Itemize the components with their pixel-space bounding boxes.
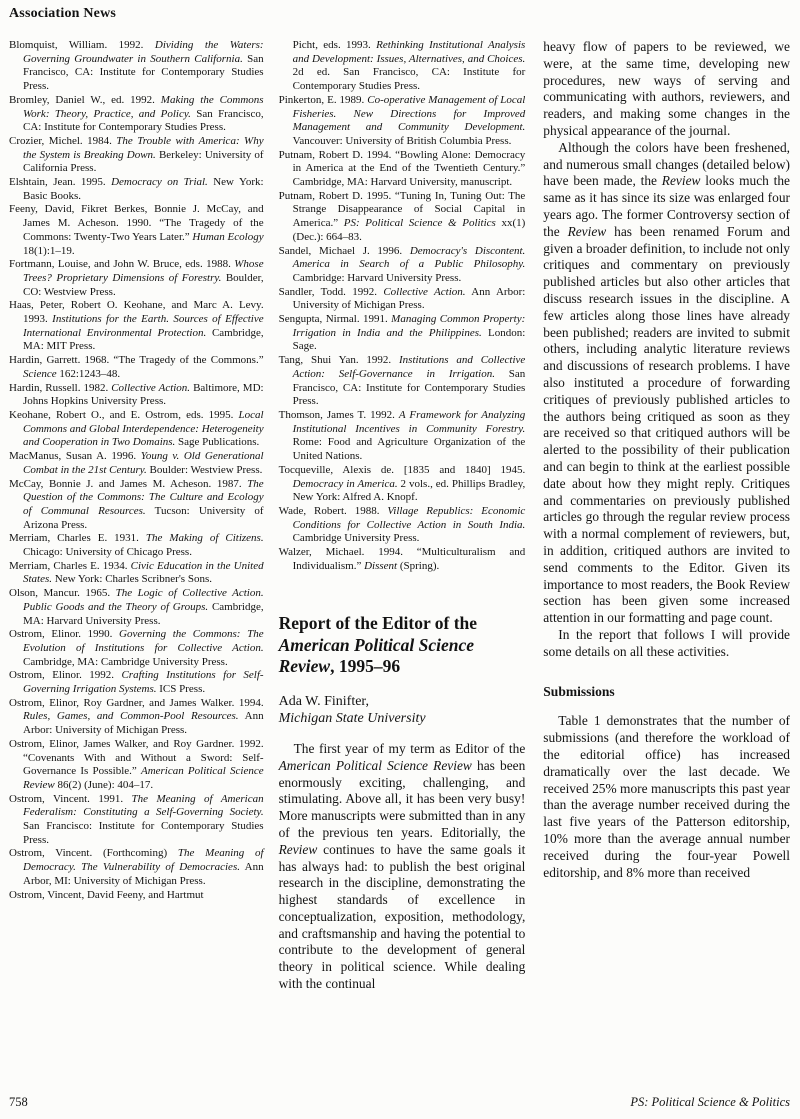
article-byline: Ada W. Finifter, Michigan State Universi…	[279, 693, 526, 728]
page-number: 758	[9, 1095, 28, 1110]
columns: Blomquist, William. 1992. Dividing the W…	[9, 39, 790, 993]
reference-entry: Ostrom, Vincent. (Forthcoming) The Meani…	[9, 847, 264, 888]
submissions-heading: Submissions	[543, 684, 790, 700]
article-intro: The first year of my term as Editor of t…	[279, 741, 526, 993]
reference-entry: Tang, Shui Yan. 1992. Institutions and C…	[279, 354, 526, 409]
reference-entry: Ostrom, Elinor. 1992. Crafting Instituti…	[9, 669, 264, 696]
reference-entry: Feeny, David, Fikret Berkes, Bonnie J. M…	[9, 203, 264, 258]
reference-entry: Sandler, Todd. 1992. Collective Action. …	[279, 286, 526, 313]
reference-entry: Putnam, Robert D. 1994. “Bowling Alone: …	[279, 149, 526, 190]
reference-entry: Sengupta, Nirmal. 1991. Managing Common …	[279, 313, 526, 354]
reference-entry: Ostrom, Elinor. 1990. Governing the Comm…	[9, 628, 264, 669]
reference-entry: Ostrom, Vincent, David Feeny, and Hartmu…	[9, 889, 264, 903]
article-author: Ada W. Finifter,	[279, 693, 526, 711]
reference-entry: Merriam, Charles E. 1934. Civic Educatio…	[9, 560, 264, 587]
article-column-3: heavy flow of papers to be reviewed, we …	[543, 39, 790, 993]
reference-entry: Tocqueville, Alexis de. [1835 and 1840] …	[279, 464, 526, 505]
reference-entry: Ostrom, Elinor, Roy Gardner, and James W…	[9, 697, 264, 738]
reference-entry: Pinkerton, E. 1989. Co-operative Managem…	[279, 94, 526, 149]
reference-entry: Picht, eds. 1993. Rethinking Institution…	[279, 39, 526, 94]
references-list-2: Picht, eds. 1993. Rethinking Institution…	[279, 39, 526, 573]
reference-entry: Elshtain, Jean. 1995. Democracy on Trial…	[9, 176, 264, 203]
reference-entry: Sandel, Michael J. 1996. Democracy's Dis…	[279, 245, 526, 286]
article-affiliation: Michigan State University	[279, 710, 526, 728]
reference-entry: Bromley, Daniel W., ed. 1992. Making the…	[9, 94, 264, 135]
reference-entry: Blomquist, William. 1992. Dividing the W…	[9, 39, 264, 94]
reference-entry: Olson, Mancur. 1965. The Logic of Collec…	[9, 587, 264, 628]
reference-entry: Hardin, Russell. 1982. Collective Action…	[9, 382, 264, 409]
reference-entry: Ostrom, Vincent. 1991. The Meaning of Am…	[9, 793, 264, 848]
reference-entry: Walzer, Michael. 1994. “Multiculturalism…	[279, 546, 526, 573]
page-footer: 758 PS: Political Science & Politics	[9, 1095, 790, 1110]
reference-entry: Haas, Peter, Robert O. Keohane, and Marc…	[9, 299, 264, 354]
reference-entry: Merriam, Charles E. 1931. The Making of …	[9, 532, 264, 559]
reference-entry: Hardin, Garrett. 1968. “The Tragedy of t…	[9, 354, 264, 381]
reference-entry: Fortmann, Louise, and John W. Bruce, eds…	[9, 258, 264, 299]
references-column-1: Blomquist, William. 1992. Dividing the W…	[9, 39, 264, 993]
article-body: heavy flow of papers to be reviewed, we …	[543, 39, 790, 660]
reference-entry: McCay, Bonnie J. and James M. Acheson. 1…	[9, 478, 264, 533]
article-paragraph: Although the colors have been freshened,…	[543, 140, 790, 627]
reference-entry: Crozier, Michel. 1984. The Trouble with …	[9, 135, 264, 176]
reference-entry: MacManus, Susan A. 1996. Young v. Old Ge…	[9, 450, 264, 477]
references-column-2: Picht, eds. 1993. Rethinking Institution…	[279, 39, 526, 993]
reference-entry: Thomson, James T. 1992. A Framework for …	[279, 409, 526, 464]
running-head: Association News	[9, 6, 790, 22]
article-paragraph: In the report that follows I will provid…	[543, 627, 790, 661]
journal-title: PS: Political Science & Politics	[630, 1095, 790, 1110]
reference-entry: Ostrom, Elinor, James Walker, and Roy Ga…	[9, 738, 264, 793]
article-paragraph: heavy flow of papers to be reviewed, we …	[543, 39, 790, 140]
journal-page: Association News Blomquist, William. 199…	[0, 0, 800, 1119]
reference-entry: Keohane, Robert O., and E. Ostrom, eds. …	[9, 409, 264, 450]
article-paragraph: Table 1 demonstrates that the number of …	[543, 713, 790, 881]
reference-entry: Wade, Robert. 1988. Village Republics: E…	[279, 505, 526, 546]
reference-entry: Putnam, Robert D. 1995. “Tuning In, Tuni…	[279, 190, 526, 245]
submissions-body: Table 1 demonstrates that the number of …	[543, 713, 790, 881]
article-paragraph: The first year of my term as Editor of t…	[279, 741, 526, 993]
article-title: Report of the Editor of the American Pol…	[279, 613, 526, 678]
